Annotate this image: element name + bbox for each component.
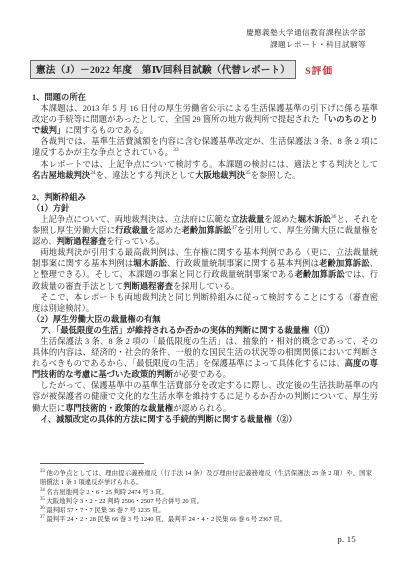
spacer — [32, 181, 378, 192]
section-heading: ア、「最低限度の生活」が維持されるか否かの実体的判断に関する裁量権（①） — [32, 325, 378, 336]
document-body: 1、問題の所在本課題は、2013 年 5 月 16 日付の厚生労働省公示による生… — [32, 92, 378, 425]
footnote: 36 最判昭 57・7・7 民集 36 巻 7 号 1235 頁。 — [40, 506, 372, 515]
section-heading: （2）厚生労働大臣の裁量権の有無 — [32, 314, 378, 325]
section-heading: （1）方針 — [32, 203, 378, 214]
footnote-text: 他の争点としては、理由提示義務違反（行手法 14 条）及び理由付記義務違反（生活… — [40, 470, 372, 486]
document-header: 慶應義塾大学通信教育課程法学部 課題レポート・科目試験等 — [246, 27, 366, 50]
header-doc-type: 課題レポート・科目試験等 — [246, 39, 366, 51]
document-page: 慶應義塾大学通信教育課程法学部 課題レポート・科目試験等 憲法（J）－2022 … — [0, 0, 410, 580]
title-row: 憲法（J）－2022 年度 第Ⅳ回科目試験（代替レポート） S評価 — [30, 60, 333, 79]
paragraph: そこで、本レポートも両地裁判決と同じ判断枠組みに従って検討することにする（審査密… — [32, 292, 378, 314]
footnote-text: 最判昭 57・7・7 民集 36 巻 7 号 1235 頁。 — [45, 507, 165, 514]
footnote: 35 大阪地判令 3・2・22 判時 2506・2507 号合併号 20 頁。 — [40, 497, 372, 506]
footnote-separator — [40, 463, 144, 464]
exam-title: 憲法（J）－2022 年度 第Ⅳ回科目試験（代替レポート） — [30, 60, 296, 79]
footnote-text: 最判平 24・2・28 民集 66 巻 3 号 1240 頁、最判平 24・4・… — [45, 516, 286, 523]
section-heading: 1、問題の所在 — [32, 92, 378, 103]
paragraph: 両地裁判決が引用する最高裁判例は、生存権に関する基本判例である（更に、立法裁量統… — [32, 247, 378, 291]
footnote-list: 33 他の争点としては、理由提示義務違反（行手法 14 条）及び理由付記義務違反… — [40, 469, 372, 525]
grade-badge: S評価 — [305, 63, 333, 77]
paragraph: 本レポートでは、上記争点について検討する。本課題の検討には、適法とする判決として… — [32, 159, 378, 181]
section-heading: 2、判断枠組み — [32, 192, 378, 203]
footnote: 33 他の争点としては、理由提示義務違反（行手法 14 条）及び理由付記義務違反… — [40, 469, 372, 488]
header-affiliation: 慶應義塾大学通信教育課程法学部 — [246, 27, 366, 39]
footnote: 37 最判平 24・2・28 民集 66 巻 3 号 1240 頁、最判平 24… — [40, 515, 372, 524]
paragraph: 本課題は、2013 年 5 月 16 日付の厚生労働省公示による生活保護基準の引… — [32, 103, 378, 136]
footnote: 34 名古屋地判令 2・6・25 判時 2474 号 3 頁。 — [40, 488, 372, 497]
footnote-reference: 33 — [173, 148, 179, 154]
paragraph: 各裁判では、基準生活費減額を内容に含む保護基準改定が、生活保護法 3 条、8 条… — [32, 136, 378, 158]
section-heading: イ、減額改定の具体的方法に関する手続的判断に関する裁量権（②） — [32, 414, 378, 425]
page-number: p. 15 — [337, 534, 356, 544]
footnote-text: 名古屋地判令 2・6・25 判時 2474 号 3 頁。 — [45, 489, 168, 496]
paragraph: 上記争点について、両地裁判決は、立法府に広範な立法裁量を認めた堀木訴訟36と、そ… — [32, 214, 378, 247]
paragraph: したがって、保護基準中の基準生活費部分を改定するに際し、改定後の生活扶助基準の内… — [32, 380, 378, 413]
footnote-text: 大阪地判令 3・2・22 判時 2506・2507 号合併号 20 頁。 — [45, 498, 203, 505]
paragraph: 生活保護法 3 条、8 条 2 項の「最低限度の生活」は、抽象的・相対的概念であ… — [32, 336, 378, 380]
